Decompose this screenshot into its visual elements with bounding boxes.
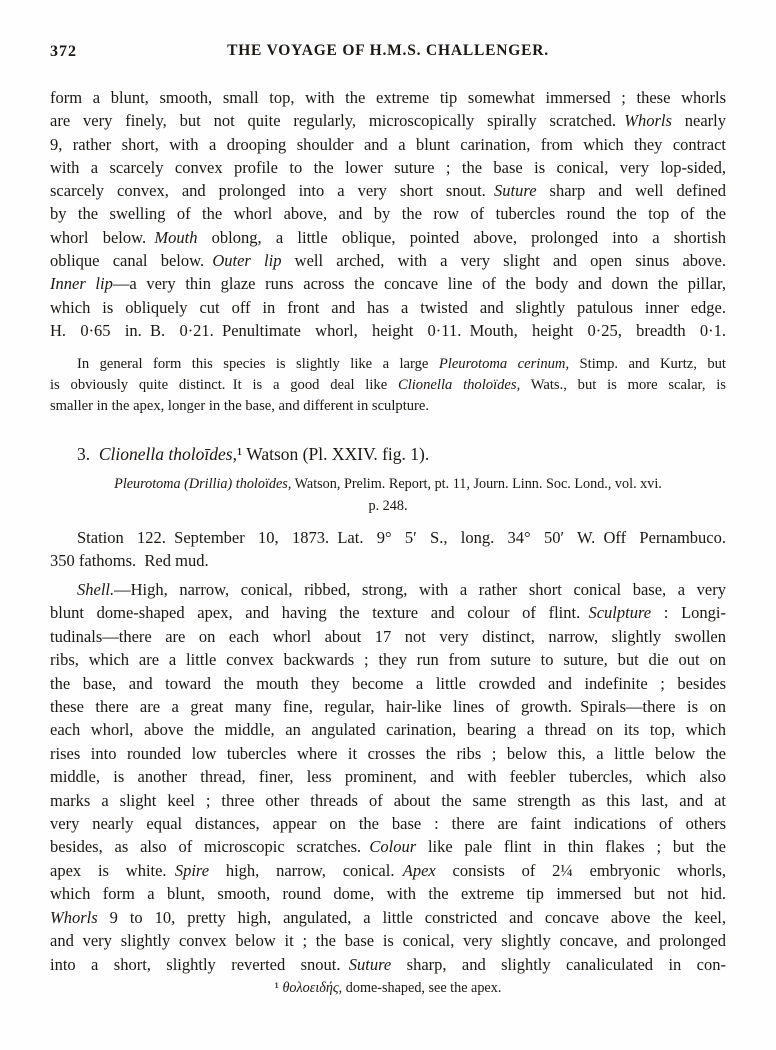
text-line: besides, as also of microscopic scratche… [50,835,726,858]
text-line: by the swelling of the whorl above, and … [50,202,726,225]
text-line: is obviously quite distinct. It is a goo… [50,375,726,396]
text-line: each whorl, above the middle, an angulat… [50,718,726,741]
paragraph-station: Station 122. September 10, 1873. Lat. 9°… [50,526,726,573]
text-line: and very slightly convex below it ; the … [50,929,726,952]
text-line: very nearly equal distances, appear on t… [50,812,726,835]
text-line: blunt dome-shaped apex, and having the t… [50,601,726,624]
text-line: 350 fathoms. Red mud. [50,549,726,572]
running-title: THE VOYAGE OF H.M.S. CHALLENGER. [50,42,726,60]
paragraph-shell: Shell.—High, narrow, conical, ribbed, st… [50,578,726,976]
text-line: ribs, which are a little convex backward… [50,648,726,671]
text-line: scarcely convex, and prolonged into a ve… [50,179,726,202]
text-line: form a blunt, smooth, small top, with th… [50,86,726,109]
text-line: Shell.—High, narrow, conical, ribbed, st… [50,578,726,601]
text-line: with a scarcely convex profile to the lo… [50,156,726,179]
text-line: the base, and toward the mouth they beco… [50,672,726,695]
text-line: 9, rather short, with a drooping shoulde… [50,133,726,156]
text-line: into a short, slightly reverted snout. S… [50,953,726,976]
citation-line: Pleurotoma (Drillia) tholoïdes, Watson, … [50,473,726,495]
text-line: oblique canal below. Outer lip well arch… [50,249,726,272]
text-line: Station 122. September 10, 1873. Lat. 9°… [50,526,726,549]
text-line: In general form this species is slightly… [50,354,726,375]
text-line: which form a blunt, smooth, round dome, … [50,882,726,905]
text-line: rises into rounded low tubercles where i… [50,742,726,765]
footnote: ¹ θολοειδής, dome-shaped, see the apex. [50,978,726,998]
text-line: these there are a great many fine, regul… [50,695,726,718]
text-line: Inner lip—a very thin glaze runs across … [50,272,726,295]
text-line: which is obliquely cut off in front and … [50,296,726,319]
paragraph-description: form a blunt, smooth, small top, with th… [50,86,726,342]
book-page: 372 THE VOYAGE OF H.M.S. CHALLENGER. for… [0,0,776,1050]
text-line: middle, is another thread, finer, less p… [50,765,726,788]
page-header: 372 THE VOYAGE OF H.M.S. CHALLENGER. [50,42,726,64]
text-line: smaller in the apex, longer in the base,… [50,396,726,417]
text-line: are very finely, but not quite regularly… [50,109,726,132]
text-line: apex is white. Spire high, narrow, conic… [50,859,726,882]
species-heading: 3. Clionella tholoīdes,¹ Watson (Pl. XXI… [50,442,753,466]
text-line: Whorls 9 to 10, pretty high, angulated, … [50,906,726,929]
citation-reference: Pleurotoma (Drillia) tholoïdes, Watson, … [50,473,726,517]
citation-line: p. 248. [50,495,726,517]
paragraph-remarks: In general form this species is slightly… [50,354,726,417]
text-line: whorl below. Mouth oblong, a little obli… [50,226,726,249]
text-line: tudinals—there are on each whorl about 1… [50,625,726,648]
text-line: marks a slight keel ; three other thread… [50,789,726,812]
text-line: H. 0·65 in. B. 0·21. Penultimate whorl, … [50,319,726,342]
